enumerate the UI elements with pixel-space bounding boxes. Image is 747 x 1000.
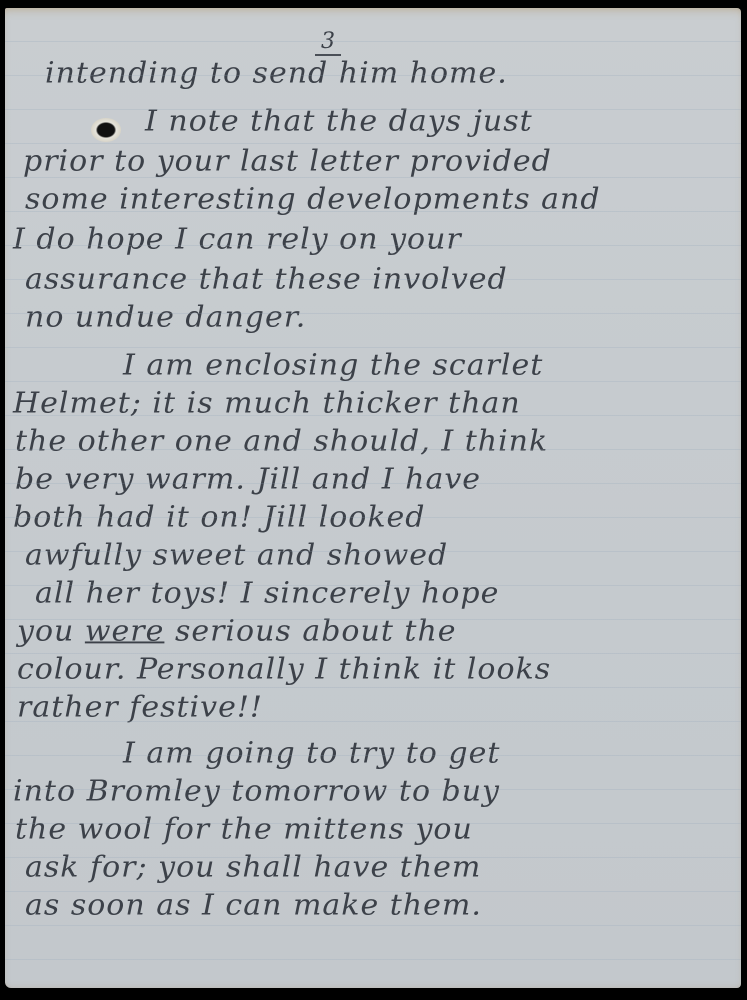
underlined-word: were: [85, 615, 165, 648]
letter-line: colour. Personally I think it looks: [17, 653, 551, 686]
letter-line: awfully sweet and showed: [25, 539, 448, 572]
letter-line: Helmet; it is much thicker than: [13, 387, 521, 420]
letter-line: ask for; you shall have them: [25, 851, 481, 884]
line-text: serious about the: [164, 615, 456, 648]
letter-line: the wool for the mittens you: [15, 813, 473, 846]
punch-hole: [91, 118, 121, 142]
letter-line: assurance that these involved: [25, 263, 508, 296]
letter-page: 3 intending to send him home. I note tha…: [5, 8, 741, 988]
letter-line: all her toys! I sincerely hope: [35, 577, 499, 610]
letter-line: both had it on! Jill looked: [13, 501, 426, 534]
letter-line: as soon as I can make them.: [25, 889, 482, 922]
letter-line: the other one and should, I think: [15, 425, 548, 458]
letter-line: into Bromley tomorrow to buy: [13, 775, 500, 808]
letter-line: I note that the days just: [145, 105, 533, 138]
letter-line: intending to send him home.: [45, 57, 508, 90]
line-text: you: [17, 615, 85, 648]
letter-line: I do hope I can rely on your: [13, 223, 462, 256]
letter-line: rather festive!!: [17, 691, 263, 724]
letter-line: I am going to try to get: [123, 737, 500, 770]
letter-line: be very warm. Jill and I have: [15, 463, 481, 496]
letter-line: I am enclosing the scarlet: [123, 349, 543, 382]
letter-line: prior to your last letter provided: [23, 145, 552, 178]
letter-line: you were serious about the: [17, 615, 457, 648]
page-number: 3: [315, 30, 341, 56]
letter-line: no undue danger.: [25, 301, 306, 334]
letter-line: some interesting developments and: [25, 183, 601, 216]
